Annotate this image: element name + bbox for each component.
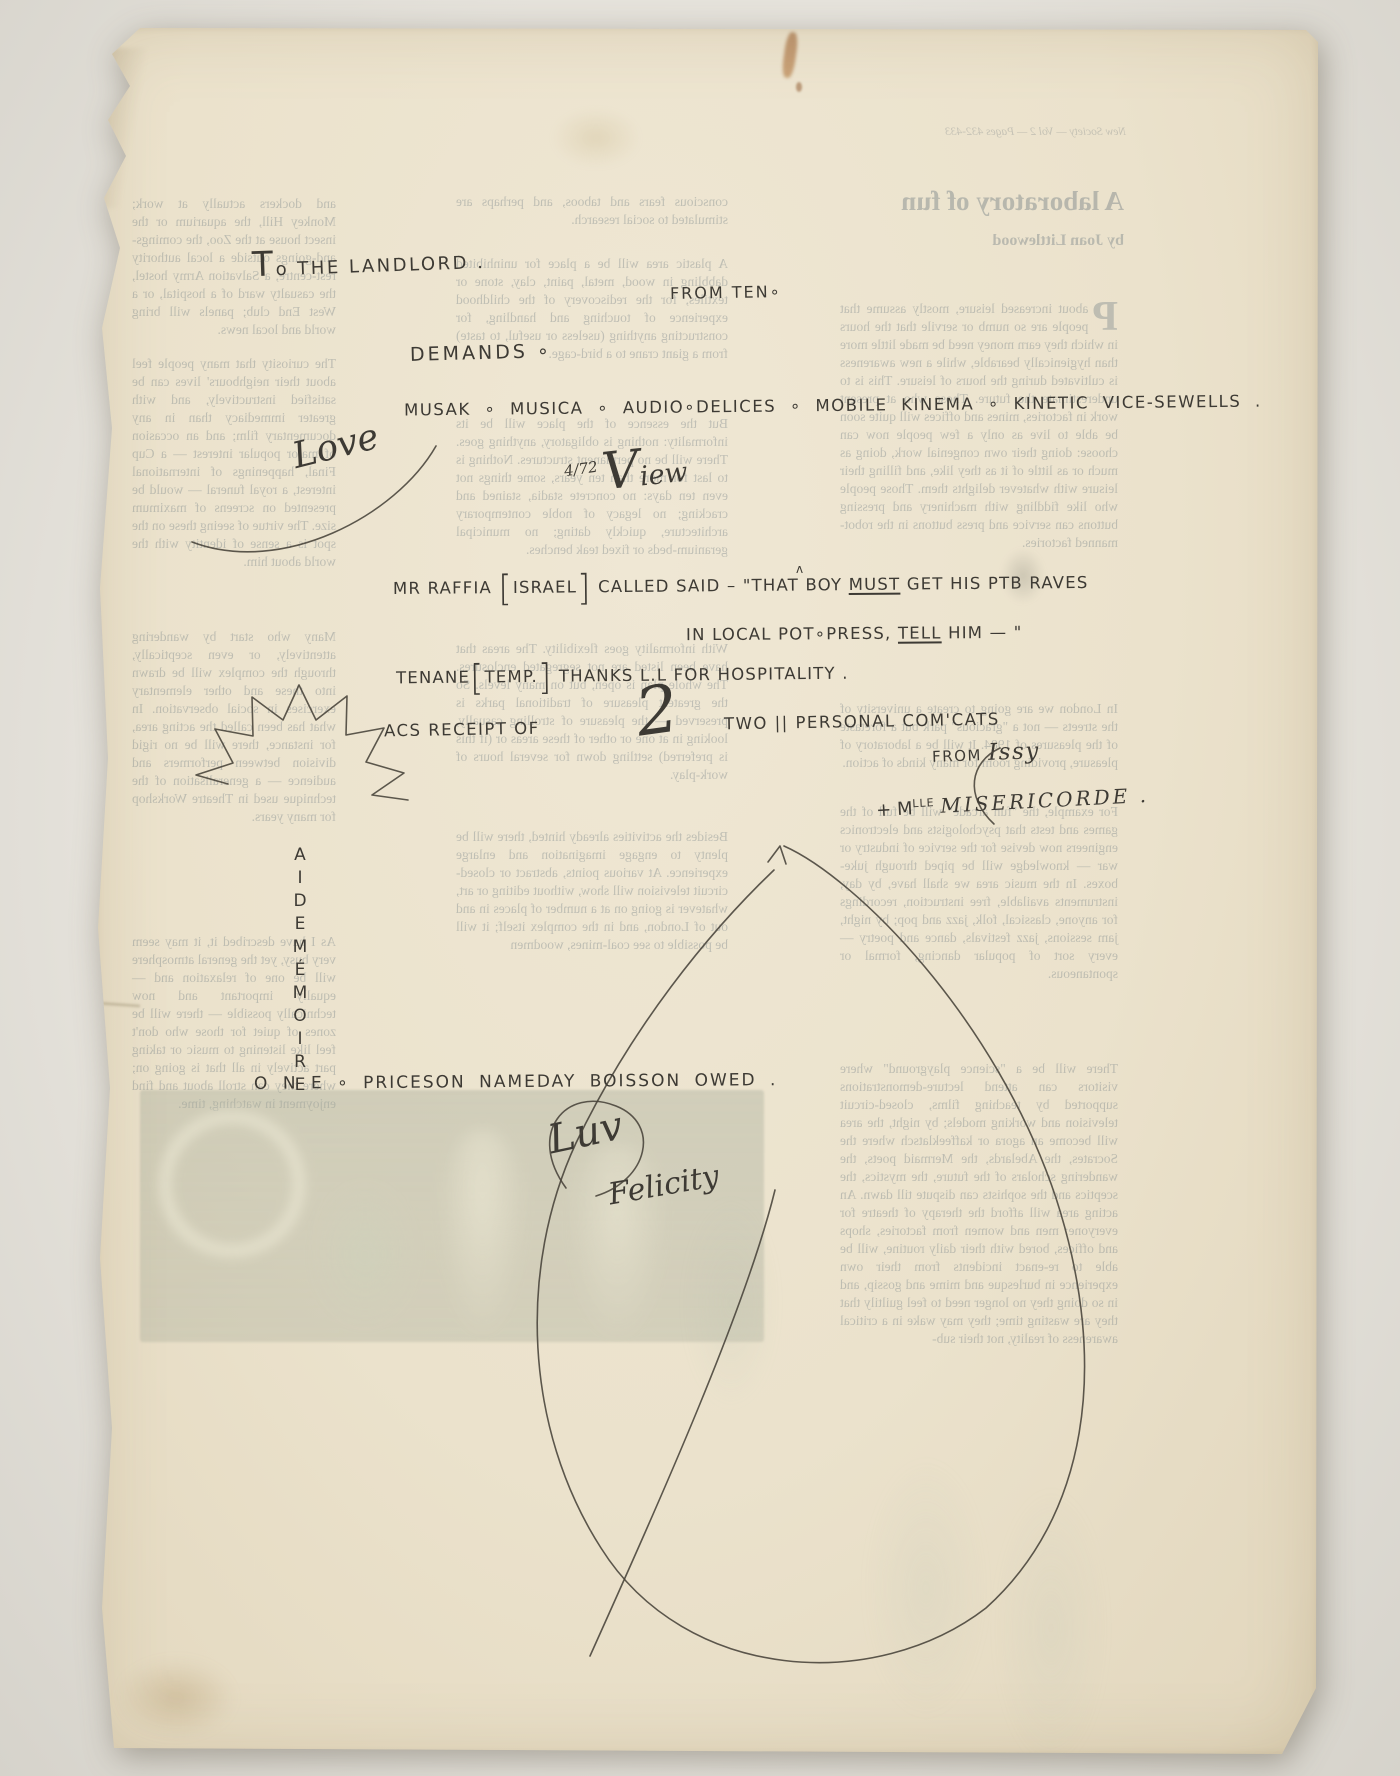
foxing-stain	[116, 1658, 236, 1738]
raffia-tail: GET HIS PTB RAVES	[900, 573, 1088, 594]
photo-figure-shape	[996, 1488, 1106, 1768]
note-raffia-line2: IN LOCAL POT∘PRESS, TELL HIM — "	[686, 623, 1023, 644]
note-receipt-prefix: ACS RECEIPT OF	[384, 719, 540, 741]
rust-speck	[796, 82, 802, 92]
issy-name: Issy	[988, 738, 1041, 766]
raffia2-underlined-word: TELL	[898, 623, 942, 642]
mlle-superscript: LLE	[912, 796, 935, 810]
aide-memoire-vertical: A I D E M É M O I R E	[288, 844, 312, 1097]
note-tenant-line: TENANE[TEMP.] THANKS L.L FOR HOSPITALITY…	[396, 664, 849, 688]
bleed-headline: A laboratory of fun	[838, 186, 1124, 217]
bleed-drop-cap: P	[1092, 300, 1118, 334]
bleed-photo-faint-area	[566, 1158, 1126, 1718]
note-raffia-line1: MR RAFFIA [ISRAEL] CALLED SAID – "THAT B…	[393, 573, 1089, 598]
paper-shadow-wrap: New Society — Vol 2 — Pages 432-433 A la…	[96, 28, 1318, 1754]
bleed-paragraph: For example, the "fun arcade" will be fu…	[840, 803, 1118, 983]
bleed-byline: by Joan Littlewood	[838, 232, 1124, 250]
scan-background: New Society — Vol 2 — Pages 432-433 A la…	[0, 0, 1400, 1776]
raffia-bracket-word: ISRAEL	[513, 577, 577, 597]
mlle-prefix: + M	[876, 798, 913, 821]
bleed-journal-header: New Society — Vol 2 — Pages 432-433	[796, 126, 1126, 138]
rust-stain	[781, 31, 799, 78]
bleed-paragraph: Besides the activities already hinted, t…	[456, 828, 728, 954]
bleed-paragraph: Many who start by wandering attentively,…	[132, 628, 336, 826]
bleed-paragraph: Pabout increased leisure, mostly assume …	[840, 300, 1118, 552]
raffia-prefix: MR RAFFIA	[393, 578, 492, 598]
bleed-paragraph: With informality goes flexibility. The a…	[456, 640, 728, 784]
raffia2-pre: IN LOCAL POT∘PRESS,	[686, 624, 898, 644]
caret-mark: ʌ	[796, 562, 803, 576]
raffia2-tail: HIM — "	[942, 623, 1023, 643]
note-one-line: O N E ∘ PRICESON NAMEDAY BOISSON OWED .	[254, 1070, 778, 1094]
tenant-tail: THANKS L.L FOR HOSPITALITY .	[552, 664, 848, 686]
paper-page: New Society — Vol 2 — Pages 432-433 A la…	[96, 28, 1318, 1754]
photo-circle-shape	[158, 1110, 306, 1258]
photo-figure-shape	[866, 1458, 986, 1718]
bleed-paragraph: conscious fears and taboos, and perhaps …	[456, 193, 728, 229]
raffia-underlined-word: MUST	[849, 575, 901, 594]
note-to-landlord: To THE LANDLORD .	[251, 237, 485, 285]
note-demands-list: MUSAK ∘ MUSICA ∘ AUDIO∘DELICES ∘ MOBILE …	[404, 392, 1262, 420]
view-scrawl: View	[599, 434, 690, 503]
photo-figure-shape	[686, 1198, 776, 1408]
loop-arrowhead-drawing	[768, 846, 786, 864]
photo-figure-shape	[310, 1180, 420, 1330]
tenant-prefix: TENANE	[396, 668, 470, 688]
smudge-stain	[551, 108, 641, 168]
note-demands-heading: DEMANDS ∘	[410, 340, 552, 366]
tenant-bracket-word: TEMP.	[484, 667, 538, 687]
note-from-ten: FROM TEN∘	[670, 282, 782, 303]
from-label: FROM	[932, 746, 982, 766]
raffia-mid: CALLED SAID – "THAT BOY	[598, 575, 849, 596]
torn-corner-shading	[96, 48, 156, 208]
bleed-paragraph-text: about increased leisure, mostly assume t…	[840, 301, 1118, 550]
photo-figure-shape	[440, 1130, 525, 1335]
note-from-issy: FROM Issy	[932, 738, 1041, 768]
